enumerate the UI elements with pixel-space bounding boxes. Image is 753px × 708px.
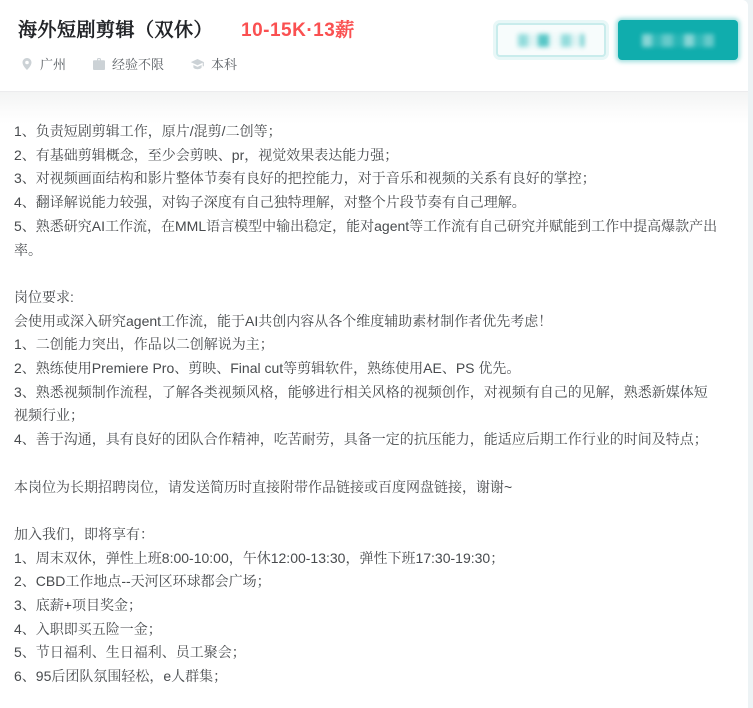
job-description-paragraph: 本岗位为长期招聘岗位，请发送简历时直接附带作品链接或百度网盘链接，谢谢~ bbox=[14, 476, 720, 500]
job-header: 海外短剧剪辑（双休） 10-15K·13薪 广州 经验不限 bbox=[0, 0, 748, 91]
job-title: 海外短剧剪辑（双休） bbox=[18, 15, 213, 42]
redacted-button-label bbox=[518, 34, 584, 47]
job-location-tag: 广州 bbox=[20, 54, 66, 73]
job-meta-tags: 广州 经验不限 本科 bbox=[20, 54, 237, 73]
job-description-paragraph: 加入我们，即将享有： 1、周末双休，弹性上班8:00-10:00，午休12:00… bbox=[14, 523, 720, 689]
job-education-label: 本科 bbox=[211, 54, 237, 73]
job-description: 1、负责短剧剪辑工作，原片/混剪/二创等； 2、有基础剪辑概念，至少会剪映、pr… bbox=[0, 91, 748, 708]
job-description-paragraph: 1、负责短剧剪辑工作，原片/混剪/二创等； 2、有基础剪辑概念，至少会剪映、pr… bbox=[14, 120, 720, 262]
job-description-paragraph: 岗位要求: 会使用或深入研究agent工作流，能于AI共创内容从各个维度辅助素材… bbox=[14, 286, 720, 452]
location-pin-icon bbox=[20, 57, 34, 71]
job-salary: 10-15K·13薪 bbox=[241, 15, 355, 42]
job-location-label: 广州 bbox=[40, 54, 66, 73]
job-experience-tag: 经验不限 bbox=[92, 54, 164, 73]
redacted-button-label bbox=[642, 34, 714, 47]
primary-action-button[interactable] bbox=[618, 20, 738, 60]
job-detail-card: 海外短剧剪辑（双休） 10-15K·13薪 广州 经验不限 bbox=[0, 0, 748, 708]
job-education-tag: 本科 bbox=[190, 54, 237, 73]
header-actions bbox=[496, 20, 738, 60]
graduation-cap-icon bbox=[190, 57, 205, 71]
briefcase-icon bbox=[92, 57, 106, 71]
job-experience-label: 经验不限 bbox=[112, 54, 164, 73]
secondary-action-button[interactable] bbox=[496, 23, 606, 57]
